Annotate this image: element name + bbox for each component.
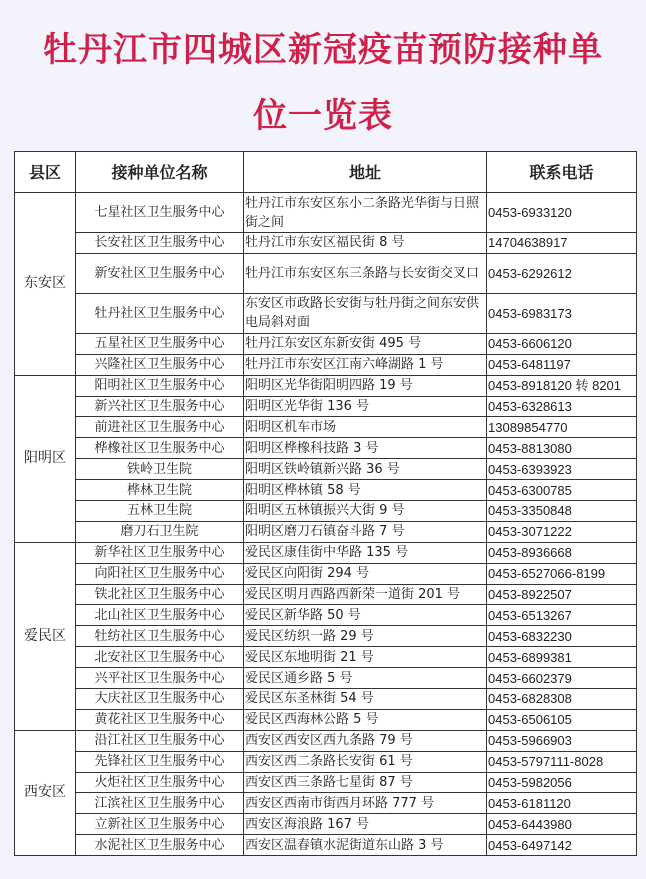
site-name-cell: 北山社区卫生服务中心 xyxy=(76,605,244,626)
address-cell: 爱民区东圣林街 54 号 xyxy=(244,689,487,710)
phone-cell: 0453-6481197 xyxy=(487,354,637,375)
site-name-cell: 五林卫生院 xyxy=(76,501,244,522)
address-cell: 西安区西二条路长安街 61 号 xyxy=(244,751,487,772)
address-cell: 西安区温春镇水泥街道东山路 3 号 xyxy=(244,835,487,856)
table-row: 兴隆社区卫生服务中心牡丹江市东安区江南六峰湖路 1 号0453-6481197 xyxy=(15,354,637,375)
address-cell: 西安区西三条路七星街 87 号 xyxy=(244,772,487,793)
phone-cell: 0453-6181120 xyxy=(487,793,637,814)
county-cell: 阳明区 xyxy=(15,375,76,542)
site-name-cell: 磨刀石卫生院 xyxy=(76,521,244,542)
address-cell: 爱民区西海林公路 5 号 xyxy=(244,709,487,730)
phone-cell: 0453-5982056 xyxy=(487,772,637,793)
address-cell: 阳明区五林镇振兴大街 9 号 xyxy=(244,501,487,522)
page-title-line-2: 位一览表 xyxy=(0,88,646,137)
site-name-cell: 新安社区卫生服务中心 xyxy=(76,253,244,293)
phone-cell: 0453-6513267 xyxy=(487,605,637,626)
address-cell: 西安区西安区西九条路 79 号 xyxy=(244,730,487,751)
table-row: 火炬社区卫生服务中心西安区西三条路七星街 87 号0453-5982056 xyxy=(15,772,637,793)
phone-cell: 14704638917 xyxy=(487,233,637,254)
table-row: 黄花社区卫生服务中心爱民区西海林公路 5 号0453-6506105 xyxy=(15,709,637,730)
table-row: 长安社区卫生服务中心牡丹江市东安区福民街 8 号14704638917 xyxy=(15,233,637,254)
phone-cell: 0453-6983173 xyxy=(487,293,637,333)
site-name-cell: 立新社区卫生服务中心 xyxy=(76,814,244,835)
site-name-cell: 大庆社区卫生服务中心 xyxy=(76,689,244,710)
phone-cell: 0453-6292612 xyxy=(487,253,637,293)
address-cell: 爱民区东地明街 21 号 xyxy=(244,647,487,668)
site-name-cell: 桦橡社区卫生服务中心 xyxy=(76,438,244,459)
page-title-line-1: 牡丹江市四城区新冠疫苗预防接种单 xyxy=(0,22,646,71)
phone-cell: 0453-6393923 xyxy=(487,459,637,480)
address-cell: 爱民区新华路 50 号 xyxy=(244,605,487,626)
site-name-cell: 阳明社区卫生服务中心 xyxy=(76,375,244,396)
site-name-cell: 兴平社区卫生服务中心 xyxy=(76,668,244,689)
table-row: 西安区沿江社区卫生服务中心西安区西安区西九条路 79 号0453-5966903 xyxy=(15,730,637,751)
address-cell: 牡丹江市东安区福民街 8 号 xyxy=(244,233,487,254)
address-cell: 阳明区光华街阳明四路 19 号 xyxy=(244,375,487,396)
phone-cell: 0453-6606120 xyxy=(487,333,637,354)
address-cell: 阳明区桦橡科技路 3 号 xyxy=(244,438,487,459)
site-name-cell: 水泥社区卫生服务中心 xyxy=(76,835,244,856)
table-row: 铁北社区卫生服务中心爱民区明月西路西新荣一道街 201 号0453-892250… xyxy=(15,584,637,605)
address-cell: 阳明区铁岭镇新兴路 36 号 xyxy=(244,459,487,480)
address-cell: 西安区西南市街西月环路 777 号 xyxy=(244,793,487,814)
site-name-cell: 北安社区卫生服务中心 xyxy=(76,647,244,668)
phone-cell: 0453-8813080 xyxy=(487,438,637,459)
table-row: 大庆社区卫生服务中心爱民区东圣林街 54 号0453-6828308 xyxy=(15,689,637,710)
site-name-cell: 江滨社区卫生服务中心 xyxy=(76,793,244,814)
phone-cell: 0453-6506105 xyxy=(487,709,637,730)
phone-cell: 13089854770 xyxy=(487,417,637,438)
phone-cell: 0453-6602379 xyxy=(487,668,637,689)
address-cell: 牡丹江东安区东新安街 495 号 xyxy=(244,333,487,354)
phone-cell: 0453-8936668 xyxy=(487,542,637,563)
site-name-cell: 前进社区卫生服务中心 xyxy=(76,417,244,438)
site-name-cell: 牡纺社区卫生服务中心 xyxy=(76,626,244,647)
phone-cell: 0453-8918120 转 8201 xyxy=(487,375,637,396)
site-name-cell: 桦林卫生院 xyxy=(76,480,244,501)
table-body: 东安区七星社区卫生服务中心牡丹江市东安区东小二条路光华街与日照街之间0453-6… xyxy=(15,193,637,856)
table-row: 北山社区卫生服务中心爱民区新华路 50 号0453-6513267 xyxy=(15,605,637,626)
address-cell: 阳明区磨刀石镇奋斗路 7 号 xyxy=(244,521,487,542)
table-row: 桦林卫生院阳明区桦林镇 58 号0453-6300785 xyxy=(15,480,637,501)
table-row: 兴平社区卫生服务中心爱民区通乡路 5 号0453-6602379 xyxy=(15,668,637,689)
county-cell: 西安区 xyxy=(15,730,76,855)
address-cell: 爱民区明月西路西新荣一道街 201 号 xyxy=(244,584,487,605)
table-row: 先锋社区卫生服务中心西安区西二条路长安街 61 号0453-5797111-80… xyxy=(15,751,637,772)
county-cell: 爱民区 xyxy=(15,542,76,730)
table-row: 阳明区阳明社区卫生服务中心阳明区光华街阳明四路 19 号0453-8918120… xyxy=(15,375,637,396)
county-cell: 东安区 xyxy=(15,193,76,376)
table-header-row: 县区 接种单位名称 地址 联系电话 xyxy=(15,152,637,193)
phone-cell: 0453-6497142 xyxy=(487,835,637,856)
phone-cell: 0453-6899381 xyxy=(487,647,637,668)
site-name-cell: 长安社区卫生服务中心 xyxy=(76,233,244,254)
address-cell: 牡丹江市东安区东三条路与长安街交叉口 xyxy=(244,253,487,293)
header-county: 县区 xyxy=(15,152,76,193)
site-name-cell: 牡丹社区卫生服务中心 xyxy=(76,293,244,333)
site-name-cell: 先锋社区卫生服务中心 xyxy=(76,751,244,772)
vaccination-sites-table: 县区 接种单位名称 地址 联系电话 东安区七星社区卫生服务中心牡丹江市东安区东小… xyxy=(14,151,637,856)
address-cell: 阳明区桦林镇 58 号 xyxy=(244,480,487,501)
site-name-cell: 新兴社区卫生服务中心 xyxy=(76,396,244,417)
address-cell: 阳明区机车市场 xyxy=(244,417,487,438)
table-row: 水泥社区卫生服务中心西安区温春镇水泥街道东山路 3 号0453-6497142 xyxy=(15,835,637,856)
address-cell: 爱民区纺织一路 29 号 xyxy=(244,626,487,647)
phone-cell: 0453-3071222 xyxy=(487,521,637,542)
site-name-cell: 火炬社区卫生服务中心 xyxy=(76,772,244,793)
table-row: 磨刀石卫生院阳明区磨刀石镇奋斗路 7 号0453-3071222 xyxy=(15,521,637,542)
phone-cell: 0453-5966903 xyxy=(487,730,637,751)
table-row: 牡丹社区卫生服务中心东安区市政路长安街与牡丹街之间东安供电局斜对面0453-69… xyxy=(15,293,637,333)
site-name-cell: 铁北社区卫生服务中心 xyxy=(76,584,244,605)
table-row: 北安社区卫生服务中心爱民区东地明街 21 号0453-6899381 xyxy=(15,647,637,668)
address-cell: 爱民区康佳街中华路 135 号 xyxy=(244,542,487,563)
table-row: 爱民区新华社区卫生服务中心爱民区康佳街中华路 135 号0453-8936668 xyxy=(15,542,637,563)
phone-cell: 0453-6527066-8199 xyxy=(487,563,637,584)
phone-cell: 0453-6828308 xyxy=(487,689,637,710)
phone-cell: 0453-5797111-8028 xyxy=(487,751,637,772)
phone-cell: 0453-6328613 xyxy=(487,396,637,417)
table-row: 新安社区卫生服务中心牡丹江市东安区东三条路与长安街交叉口0453-6292612 xyxy=(15,253,637,293)
phone-cell: 0453-6300785 xyxy=(487,480,637,501)
table-row: 江滨社区卫生服务中心西安区西南市街西月环路 777 号0453-6181120 xyxy=(15,793,637,814)
table-row: 前进社区卫生服务中心阳明区机车市场13089854770 xyxy=(15,417,637,438)
address-cell: 阳明区光华街 136 号 xyxy=(244,396,487,417)
phone-cell: 0453-6832230 xyxy=(487,626,637,647)
table-row: 牡纺社区卫生服务中心爱民区纺织一路 29 号0453-6832230 xyxy=(15,626,637,647)
header-address: 地址 xyxy=(244,152,487,193)
address-cell: 爱民区向阳街 294 号 xyxy=(244,563,487,584)
site-name-cell: 七星社区卫生服务中心 xyxy=(76,193,244,233)
table-row: 新兴社区卫生服务中心阳明区光华街 136 号0453-6328613 xyxy=(15,396,637,417)
table-row: 五林卫生院阳明区五林镇振兴大街 9 号0453-3350848 xyxy=(15,501,637,522)
table-row: 东安区七星社区卫生服务中心牡丹江市东安区东小二条路光华街与日照街之间0453-6… xyxy=(15,193,637,233)
table-row: 桦橡社区卫生服务中心阳明区桦橡科技路 3 号0453-8813080 xyxy=(15,438,637,459)
table-row: 向阳社区卫生服务中心爱民区向阳街 294 号0453-6527066-8199 xyxy=(15,563,637,584)
phone-cell: 0453-6443980 xyxy=(487,814,637,835)
address-cell: 西安区海浪路 167 号 xyxy=(244,814,487,835)
site-name-cell: 五星社区卫生服务中心 xyxy=(76,333,244,354)
site-name-cell: 向阳社区卫生服务中心 xyxy=(76,563,244,584)
site-name-cell: 新华社区卫生服务中心 xyxy=(76,542,244,563)
site-name-cell: 兴隆社区卫生服务中心 xyxy=(76,354,244,375)
header-phone: 联系电话 xyxy=(487,152,637,193)
phone-cell: 0453-3350848 xyxy=(487,501,637,522)
address-cell: 东安区市政路长安街与牡丹街之间东安供电局斜对面 xyxy=(244,293,487,333)
address-cell: 牡丹江市东安区东小二条路光华街与日照街之间 xyxy=(244,193,487,233)
site-name-cell: 沿江社区卫生服务中心 xyxy=(76,730,244,751)
site-name-cell: 黄花社区卫生服务中心 xyxy=(76,709,244,730)
phone-cell: 0453-6933120 xyxy=(487,193,637,233)
table-row: 立新社区卫生服务中心西安区海浪路 167 号0453-6443980 xyxy=(15,814,637,835)
phone-cell: 0453-8922507 xyxy=(487,584,637,605)
table-row: 五星社区卫生服务中心牡丹江东安区东新安街 495 号0453-6606120 xyxy=(15,333,637,354)
address-cell: 爱民区通乡路 5 号 xyxy=(244,668,487,689)
header-site-name: 接种单位名称 xyxy=(76,152,244,193)
table-row: 铁岭卫生院阳明区铁岭镇新兴路 36 号0453-6393923 xyxy=(15,459,637,480)
address-cell: 牡丹江市东安区江南六峰湖路 1 号 xyxy=(244,354,487,375)
site-name-cell: 铁岭卫生院 xyxy=(76,459,244,480)
